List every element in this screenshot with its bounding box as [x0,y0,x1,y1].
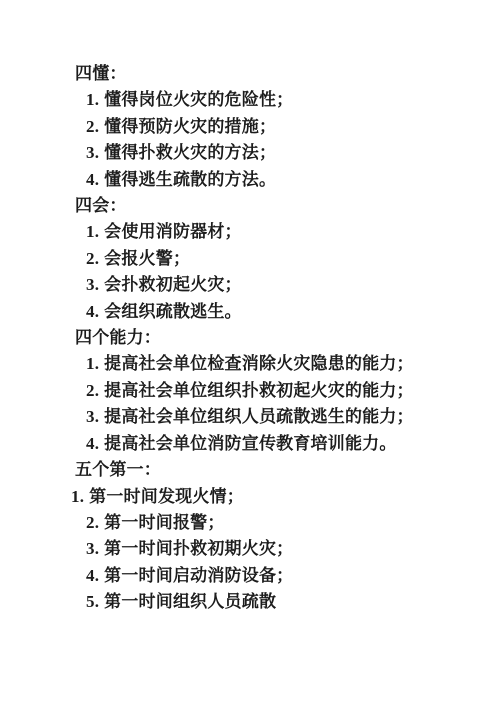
section-heading-sidong: 四懂： [75,61,500,87]
item-number: 5. [86,589,99,615]
item-text: 会使用消防器材； [104,222,242,241]
item-number: 2. [86,246,99,272]
list-item: 4.会组织疏散逃生。 [86,299,500,325]
item-text: 提高社会单位消防宣传教育培训能力。 [104,434,396,453]
item-number: 1. [71,484,84,510]
list-item: 4.懂得逃生疏散的方法。 [86,167,500,193]
item-text: 提高社会单位组织扑救初起火灾的能力； [104,381,414,400]
item-number: 4. [86,299,99,325]
item-number: 2. [86,378,99,404]
list-item: 2.第一时间报警； [86,510,500,536]
document-body: 四懂： 1.懂得岗位火灾的危险性； 2.懂得预防火灾的措施； 3.懂得扑救火灾的… [0,0,500,616]
list-item: 3.提高社会单位组织人员疏散逃生的能力； [86,404,500,430]
list-item: 1.提高社会单位检查消除火灾隐患的能力； [86,351,500,377]
item-text: 第一时间报警； [104,513,224,532]
item-number: 3. [86,272,99,298]
list-item: 3.会扑救初起火灾； [86,272,500,298]
section-heading-wugediyi: 五个第一： [75,457,500,483]
item-text: 第一时间启动消防设备； [104,566,293,585]
list-item: 3.第一时间扑救初期火灾； [86,536,500,562]
section-heading-sigenengli: 四个能力： [75,325,500,351]
list-item: 1.会使用消防器材； [86,219,500,245]
item-text: 第一时间发现火情； [89,487,244,506]
list-item: 1.第一时间发现火情； [71,484,500,510]
item-number: 2. [86,114,99,140]
section-heading-sihui: 四会： [75,193,500,219]
item-number: 3. [86,536,99,562]
list-item: 4.第一时间启动消防设备； [86,563,500,589]
list-item: 2.提高社会单位组织扑救初起火灾的能力； [86,378,500,404]
list-item: 4.提高社会单位消防宣传教育培训能力。 [86,431,500,457]
list-item: 3.懂得扑救火灾的方法； [86,140,500,166]
item-text: 懂得扑救火灾的方法； [104,143,276,162]
item-number: 3. [86,140,99,166]
item-text: 提高社会单位检查消除火灾隐患的能力； [104,354,414,373]
list-item: 2.懂得预防火灾的措施； [86,114,500,140]
item-number: 4. [86,563,99,589]
item-number: 3. [86,404,99,430]
list-item: 1.懂得岗位火灾的危险性； [86,87,500,113]
item-text: 懂得预防火灾的措施； [104,117,276,136]
item-text: 懂得岗位火灾的危险性； [104,90,293,109]
list-item: 5.第一时间组织人员疏散 [86,589,500,615]
item-text: 会报火警； [104,249,190,268]
item-number: 4. [86,431,99,457]
item-number: 1. [86,219,99,245]
item-number: 2. [86,510,99,536]
document-page: 四懂： 1.懂得岗位火灾的危险性； 2.懂得预防火灾的措施； 3.懂得扑救火灾的… [0,0,500,708]
item-number: 1. [86,87,99,113]
item-text: 第一时间组织人员疏散 [104,592,276,611]
item-text: 会扑救初起火灾； [104,275,242,294]
item-text: 提高社会单位组织人员疏散逃生的能力； [104,407,414,426]
item-text: 第一时间扑救初期火灾； [104,539,293,558]
item-number: 1. [86,351,99,377]
list-item: 2.会报火警； [86,246,500,272]
item-text: 会组织疏散逃生。 [104,302,242,321]
item-text: 懂得逃生疏散的方法。 [104,170,276,189]
item-number: 4. [86,167,99,193]
